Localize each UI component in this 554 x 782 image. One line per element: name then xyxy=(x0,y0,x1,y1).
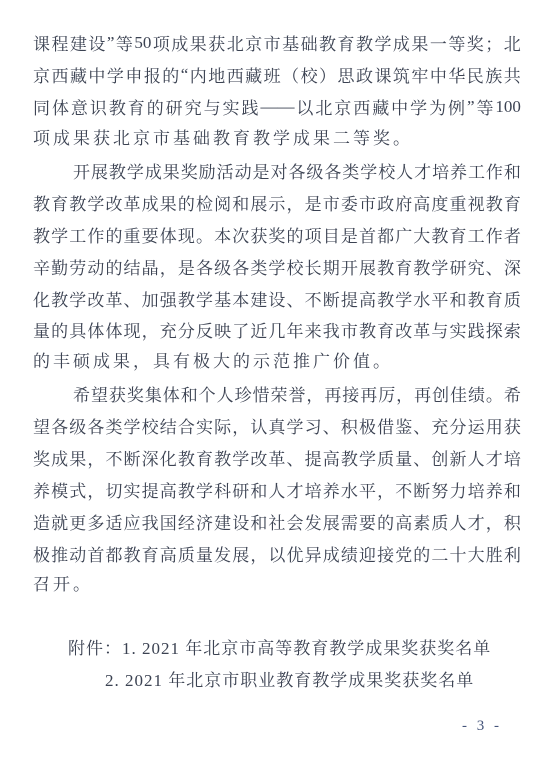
body-line: 教学工作的重要体现。本次获奖的项目是首都广大教育工作者 xyxy=(33,218,521,250)
body-line: 量的具体体现，充分反映了近几年来我市教育改革与实践探索 xyxy=(33,314,521,346)
attachment-line-1: 附件：1. 2021 年北京市高等教育教学成果奖获奖名单 xyxy=(33,633,521,665)
body-line: 造就更多适应我国经济建设和社会发展需要的高素质人才，积 xyxy=(33,505,521,537)
body-line: 同体意识教育的研究与实践——以北京西藏中学为例”等100 xyxy=(33,91,521,123)
body-line: 项成果获北京市基础教育教学成果二等奖。 xyxy=(33,123,521,155)
body-line: 教育教学改革成果的检阅和展示，是市委市政府高度重视教育 xyxy=(33,186,521,218)
body-line: 极推动首都教育高质量发展，以优异成绩迎接党的二十大胜利 xyxy=(33,537,521,569)
body-line: 的丰硕成果，具有极大的示范推广价值。 xyxy=(33,346,521,378)
page-number: - 3 - xyxy=(462,718,502,735)
body-line: 开展教学成果奖励活动是对各级各类学校人才培养工作和 xyxy=(33,155,521,187)
body-line: 化教学改革、加强教学基本建设、不断提高教学水平和教育质 xyxy=(33,282,521,314)
body-line: 辛勤劳动的结晶，是各级各类学校长期开展教育教学研究、深 xyxy=(33,250,521,282)
body-line: 召开。 xyxy=(33,569,521,601)
blank-line xyxy=(33,601,521,633)
document-page: 课程建设”等50项成果获北京市基础教育教学成果一等奖；北 京西藏中学申报的“内地… xyxy=(0,0,554,782)
body-line: 京西藏中学申报的“内地西藏班（校）思政课筑牢中华民族共 xyxy=(33,59,521,91)
body-line: 希望获奖集体和个人珍惜荣誉，再接再厉，再创佳绩。希 xyxy=(33,378,521,410)
body-line: 课程建设”等50项成果获北京市基础教育教学成果一等奖；北 xyxy=(33,27,521,59)
body-line: 养模式，切实提高教学科研和人才培养水平，不断努力培养和 xyxy=(33,473,521,505)
body-line: 望各级各类学校结合实际，认真学习、积极借鉴、充分运用获 xyxy=(33,410,521,442)
document-body: 课程建设”等50项成果获北京市基础教育教学成果一等奖；北 京西藏中学申报的“内地… xyxy=(33,27,521,697)
body-line: 奖成果，不断深化教育教学改革、提高教学质量、创新人才培 xyxy=(33,442,521,474)
attachment-line-2: 2. 2021 年北京市职业教育教学成果奖获奖名单 xyxy=(33,665,521,697)
